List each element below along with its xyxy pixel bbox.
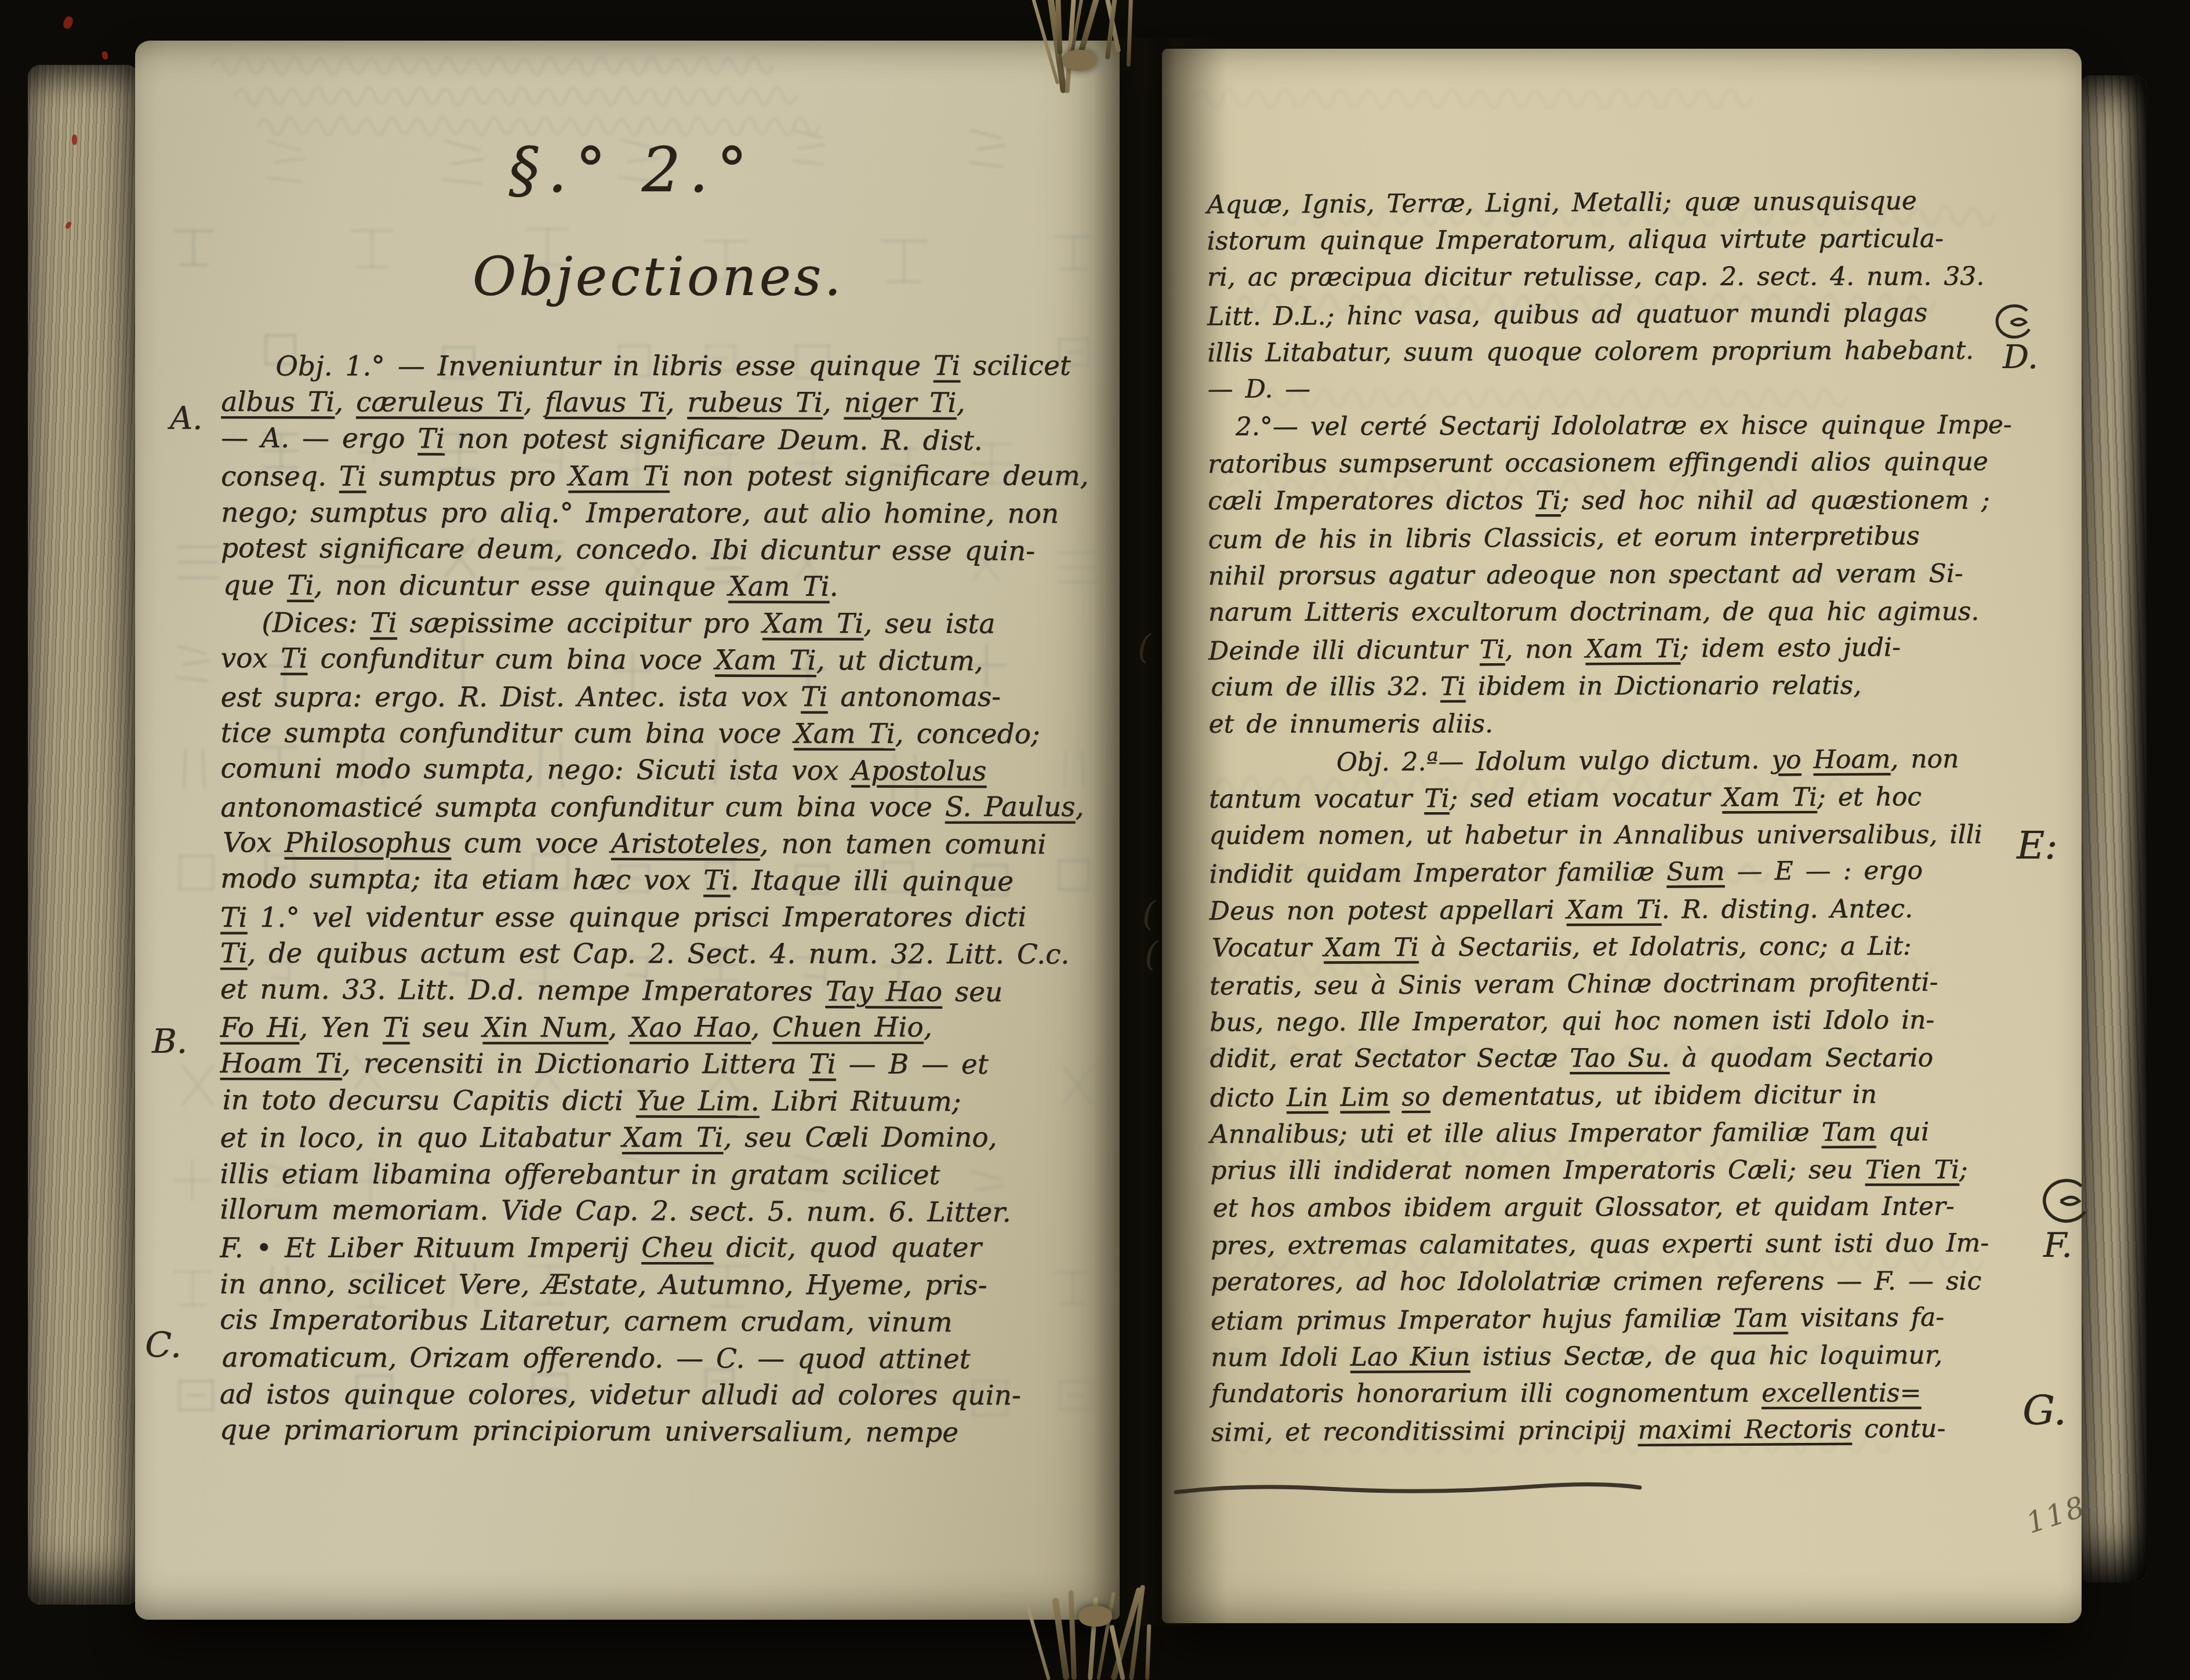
manuscript-line: aromaticum, Orizam offerendo. — C. — quo… <box>222 1339 1127 1378</box>
page-title: Objectiones. <box>244 246 1073 308</box>
manuscript-line: Vox Philosophus cum voce Aristoteles, no… <box>223 824 1127 863</box>
swirl-ornament-icon <box>2032 1176 2101 1234</box>
manuscript-line: didit, erat Sectator Sectæ Tao Su. à quo… <box>1210 1040 1998 1078</box>
manuscript-line: narum Litteris excultorum doctrinam, de … <box>1208 593 1997 631</box>
right-page-stack-edge <box>2079 75 2147 1583</box>
gutter-flourish: ( <box>1138 627 1151 667</box>
manuscript-line: conseq. Ti sumptus pro Xam Ti non potest… <box>221 458 1125 495</box>
manuscript-line: teratis, seu à Sinis veram Chinæ doctrin… <box>1210 963 1998 1005</box>
margin-mark-D: D. <box>1983 301 2042 376</box>
red-speck <box>101 50 109 60</box>
manuscript-line: potest significare deum, concedo. Ibi di… <box>221 530 1125 570</box>
binding-thread <box>1127 0 1133 67</box>
manuscript-line: ri, ac præcipua dicitur retulisse, cap. … <box>1207 259 1996 297</box>
right-page-text: Aquæ, Ignis, Terræ, Ligni, Metalli; quæ … <box>1207 183 2000 1451</box>
manuscript-line: simi, et reconditissimi principij maximi… <box>1211 1410 2000 1452</box>
manuscript-line: Vocatur Xam Ti à Sectariis, et Idolatris… <box>1212 928 2000 967</box>
left-page-stack-edge <box>28 65 139 1605</box>
margin-letter: F. <box>2043 1226 2072 1265</box>
manuscript-line: Litt. D.L.; hinc vasa, quibus ad quatuor… <box>1207 294 1996 336</box>
gutter-flourish: ( <box>1142 894 1156 933</box>
binding-thread <box>1129 1585 1145 1680</box>
manuscript-line: cæli Imperatores dictos Ti; sed hoc nihi… <box>1208 482 1996 520</box>
manuscript-line: illis etiam libamina offerebantur in gra… <box>220 1156 1124 1194</box>
manuscript-line: (Dices: Ti sæpissime accipitur pro Xam T… <box>221 605 1125 643</box>
margin-mark-G: G. <box>2022 1387 2066 1434</box>
manuscript-line: Obj. 2.ª— Idolum vulgo dictum. yo Hoam, … <box>1208 740 1997 782</box>
manuscript-line: — D. — <box>1207 370 1996 408</box>
manuscript-scan: §.° 2.° Objectiones. Obj. 1.° — Inveniun… <box>0 0 2190 1680</box>
manuscript-line: Annalibus; uti et ille alius Imperator f… <box>1210 1113 1999 1153</box>
margin-mark-B: B. <box>152 1021 187 1061</box>
manuscript-line: num Idoli Lao Kiun istius Sectæ, de qua … <box>1211 1336 1999 1376</box>
manuscript-line: vox Ti confunditur cum bina voce Xam Ti,… <box>220 640 1125 680</box>
left-page-text: Obj. 1.° — Inveniuntur in libris esse qu… <box>220 347 1126 1451</box>
manuscript-line: etiam primus Imperator hujus familiæ Tam… <box>1211 1299 1999 1340</box>
manuscript-line: ad istos quinque colores, videtur alludi… <box>220 1376 1124 1414</box>
manuscript-line: — A. — ergo Ti non potest significare De… <box>221 420 1125 460</box>
manuscript-line: Deinde illi dicuntur Ti, non Xam Ti; ide… <box>1208 628 1997 670</box>
manuscript-line: bus, nego. Ille Imperator, qui hoc nomen… <box>1210 1002 1998 1042</box>
margin-mark-A: A. <box>170 400 202 437</box>
margin-mark-E: E: <box>2017 823 2057 868</box>
manuscript-line: dicto Lin Lim so dementatus, ut ibidem d… <box>1210 1075 1999 1117</box>
manuscript-line: et num. 33. Litt. D.d. nempe Imperatores… <box>220 971 1125 1011</box>
manuscript-line: illorum memoriam. Vide Cap. 2. sect. 5. … <box>220 1191 1124 1231</box>
section-heading: §.° 2.° <box>212 134 1052 206</box>
margin-mark-F: F. <box>2028 1176 2101 1265</box>
margin-letter: D. <box>2003 339 2038 376</box>
binding-thread <box>1109 1624 1125 1680</box>
manuscript-line: Ti 1.° vel videntur esse quinque prisci … <box>220 899 1125 936</box>
manuscript-line: 2.°— vel certé Sectarij Idololatræ ex hi… <box>1210 406 1999 446</box>
manuscript-line: pres, extremas calamitates, quas experti… <box>1210 1225 1999 1265</box>
manuscript-line: in anno, scilicet Vere, Æstate, Autumno,… <box>220 1266 1124 1304</box>
manuscript-line: comuni modo sumpta, nego: Sicuti ista vo… <box>220 750 1125 790</box>
manuscript-line: cis Imperatoribus Litaretur, carnem crud… <box>220 1301 1124 1341</box>
gutter-flourish: ( <box>1145 934 1158 974</box>
manuscript-line: F. • Et Liber Rituum Imperij Cheu dicit,… <box>220 1230 1124 1267</box>
manuscript-line: Obj. 1.° — Inveniuntur in libris esse qu… <box>221 347 1125 384</box>
manuscript-line: tice sumpta confunditur cum bina voce Xa… <box>220 715 1125 753</box>
manuscript-line: illis Litabatur, suum quoque colorem pro… <box>1207 332 1996 372</box>
manuscript-line: Deus non potest appellari Xam Ti. R. dis… <box>1209 890 1997 930</box>
manuscript-line: Ti, de quibus actum est Cap. 2. Sect. 4.… <box>220 935 1125 973</box>
manuscript-line: fundatoris honorarium illi cognomentum e… <box>1211 1374 1999 1413</box>
manuscript-line: modo sumpta; ita etiam hæc vox Ti. Itaqu… <box>220 860 1125 900</box>
manuscript-line: Aquæ, Ignis, Terræ, Ligni, Metalli; quæ … <box>1207 182 1995 224</box>
manuscript-line: et de innumeris aliis. <box>1208 705 1997 743</box>
manuscript-line: et in loco, in quo Litabatur Xam Ti, seu… <box>220 1119 1124 1157</box>
red-speck <box>62 15 75 30</box>
manuscript-line: nihil prorsus agatur adeoque non spectan… <box>1208 555 1996 595</box>
manuscript-line: prius illi indiderat nomen Imperatoris C… <box>1210 1151 1999 1190</box>
binding-thread <box>1145 1624 1151 1680</box>
manuscript-line: istorum quinque Imperatorum, aliqua virt… <box>1207 220 1995 260</box>
manuscript-line: antonomasticé sumpta confunditur cum bin… <box>220 788 1125 826</box>
manuscript-line: Fo Hi, Yen Ti seu Xin Num, Xao Hao, Chue… <box>220 1009 1125 1046</box>
manuscript-line: peratores, ad hoc Idololatriæ crimen ref… <box>1211 1263 1999 1301</box>
manuscript-line: ratoribus sumpserunt occasionem effingen… <box>1208 443 1996 483</box>
manuscript-line: albus Ti, cæruleus Ti, flavus Ti, rubeus… <box>221 384 1125 422</box>
manuscript-line: in toto decursu Capitis dicti Yue Lim. L… <box>222 1082 1127 1121</box>
manuscript-line: est supra: ergo. R. Dist. Antec. ista vo… <box>220 678 1125 715</box>
manuscript-line: cium de illis 32. Ti ibidem in Dictionar… <box>1211 667 1999 707</box>
manuscript-line: tantum vocatur Ti; sed etiam vocatur Xam… <box>1209 779 1997 819</box>
manuscript-line: que primariorum principiorum universaliu… <box>220 1412 1124 1452</box>
manuscript-line: quidem nomen, ut habetur in Annalibus un… <box>1209 816 1997 854</box>
manuscript-line: Hoam Ti, recensiti in Dictionario Litter… <box>220 1045 1125 1083</box>
manuscript-line: et hos ambos ibidem arguit Glossator, et… <box>1212 1188 2001 1227</box>
manuscript-line: que Ti, non dicuntur esse quinque Xam Ti… <box>223 568 1128 606</box>
manuscript-line: nego; sumptus pro aliq.° Imperatore, aut… <box>221 494 1125 532</box>
margin-mark-C: C. <box>145 1325 181 1366</box>
manuscript-line: cum de his in libris Classicis, et eorum… <box>1208 517 1996 559</box>
red-speck <box>72 134 77 145</box>
manuscript-line: indidit quidam Imperator familiæ Sum — E… <box>1209 852 1997 894</box>
